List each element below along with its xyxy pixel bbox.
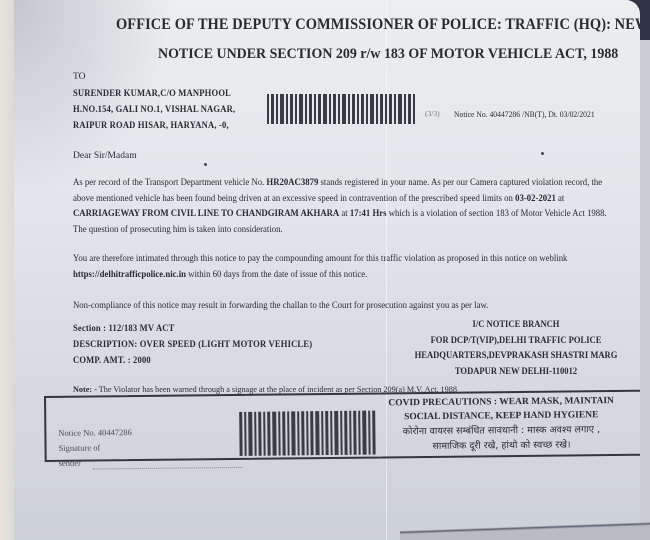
notice-page: OFFICE OF THE DEPUTY COMMISSIONER OF POL…	[14, 0, 640, 540]
para2-text-b: within 60 days from the date of issue of…	[186, 269, 367, 279]
signature-label: Signature of	[58, 442, 100, 452]
issuer-line-1: I/C NOTICE BRANCH	[408, 318, 624, 334]
issuer-block: I/C NOTICE BRANCH FOR DCP/T(VIP),DELHI T…	[408, 318, 624, 380]
recipient-address-1: H.NO.154, GALI NO.1, VISHAL NAGAR,	[73, 105, 235, 115]
compounding-amount: COMP. AMT. : 2000	[73, 356, 151, 366]
to-label: TO	[73, 72, 86, 82]
notice-title: NOTICE UNDER SECTION 209 r/w 183 OF MOTO…	[158, 46, 618, 63]
paragraph-violation: As per record of the Transport Departmen…	[73, 175, 613, 237]
salutation: Dear Sir/Madam	[73, 151, 137, 161]
sender-label: sender	[59, 458, 81, 468]
covid-hindi-1: कोरोना वायरस सम्बंधित सावधानी : मास्क अव…	[386, 422, 616, 439]
recipient-name: SURENDER KUMAR,C/O MANPHOOL	[73, 89, 231, 99]
acknowledgement-box: Notice No. 40447286 Signature of sender …	[44, 390, 640, 462]
para1-text-c: at	[556, 193, 564, 203]
box-notice-number: Notice No. 40447286	[58, 427, 132, 438]
para1-text-d: at	[339, 208, 350, 218]
office-title: OFFICE OF THE DEPUTY COMMISSIONER OF POL…	[116, 16, 640, 34]
para2-text-a: You are therefore intimated through this…	[73, 253, 567, 263]
covid-precautions: COVID PRECAUTIONS : WEAR MASK, MAINTAIN …	[386, 394, 617, 454]
page-marker: (3/3)	[425, 109, 440, 118]
signature-line	[93, 467, 243, 470]
paragraph-noncompliance: Non-compliance of this notice may result…	[73, 298, 613, 314]
offence-section: Section : 112/183 MV ACT	[73, 324, 175, 334]
paragraph-payment: You are therefore intimated through this…	[73, 251, 613, 282]
offence-description: DESCRIPTION: OVER SPEED (LIGHT MOTOR VEH…	[73, 340, 312, 350]
recipient-address-2: RAIPUR ROAD HISAR, HARYANA, -0,	[73, 121, 229, 131]
issuer-line-2: FOR DCP/T(VIP),DELHI TRAFFIC POLICE	[408, 334, 624, 350]
vehicle-number: HR20AC3879	[266, 177, 318, 187]
para1-text-a: As per record of the Transport Departmen…	[73, 177, 266, 187]
violation-date: 03-02-2021	[515, 193, 556, 203]
background-fold	[400, 516, 650, 540]
violation-location: CARRIAGEWAY FROM CIVIL LINE TO CHANDGIRA…	[73, 208, 339, 218]
covid-hindi-2: सामाजिक दूरी रखे, हांथो को स्वच्छ रखे।	[386, 437, 616, 454]
barcode-bottom	[239, 411, 377, 456]
print-speck	[541, 152, 544, 155]
payment-weblink[interactable]: https://delhitrafficpolice.nic.in	[73, 269, 186, 279]
print-speck	[204, 163, 207, 166]
barcode-top	[267, 94, 417, 124]
issuer-line-4: TODAPUR NEW DELHI-110012	[408, 365, 624, 381]
issuer-line-3: HEADQUARTERS,DEVPRAKASH SHASTRI MARG	[408, 349, 624, 365]
note-label: Note: -	[73, 384, 97, 394]
notice-reference: Notice No. 40447286 /NB(T), Dt. 03/02/20…	[454, 109, 595, 119]
violation-time: 17:41 Hrs	[350, 208, 387, 218]
